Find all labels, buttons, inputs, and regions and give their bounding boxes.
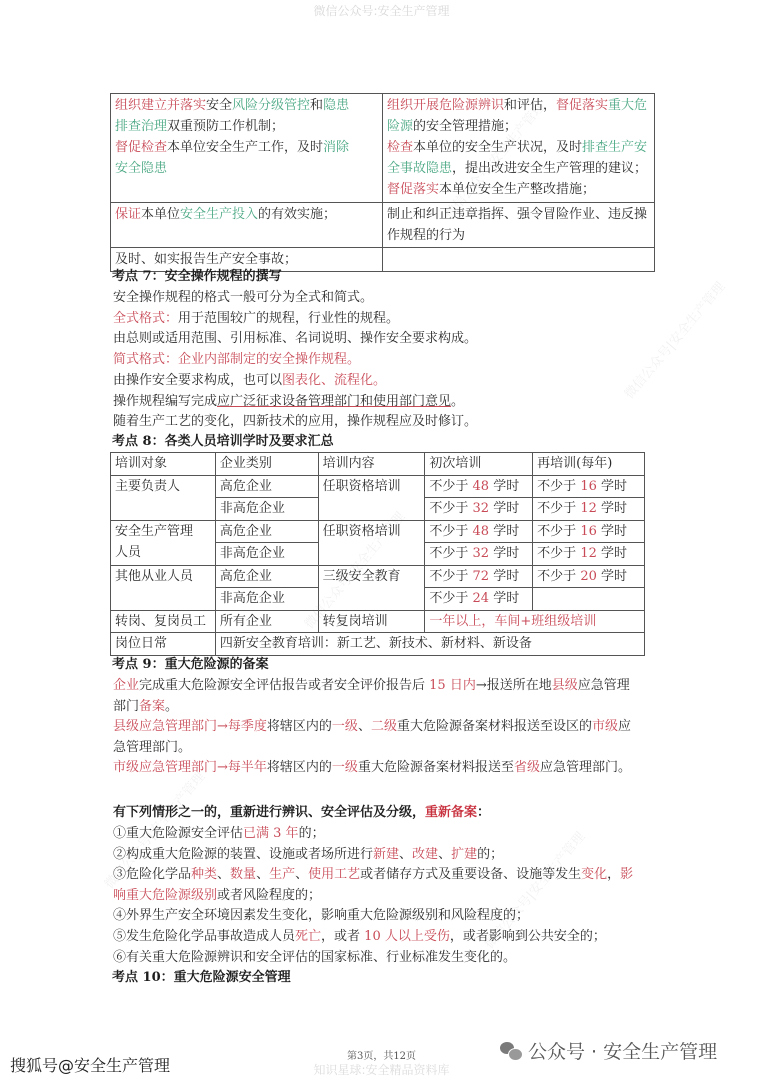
list-item: ⑤发生危险化学品事故造成人员死亡，或者 10 人以上受伤，或者影响到公共安全的； (113, 927, 606, 947)
text-run: 应急管理 (578, 678, 630, 693)
text-line: 随着生产工艺的变化，四新技术的应用，操作规程应及时修订。 (113, 412, 477, 432)
text-run: 县级 (552, 678, 578, 693)
cell-line: 制止和纠正违章指挥、强令冒险作业、违反操 (387, 204, 650, 225)
retrain-hours: 不少于 12 学时 (533, 498, 645, 521)
text-run: 、 (217, 867, 230, 882)
cell-line: 组织建立并落实安全风险分级管控和隐患 (115, 95, 378, 116)
text-run: 使用工艺 (308, 867, 360, 882)
text-run: 风险分级管控 (232, 98, 310, 113)
list-item: ①重大危险源安全评估已满 3 年的； (113, 824, 325, 844)
table-row: 组织建立并落实安全风险分级管控和隐患排查治理双重预防工作机制；督促检查本单位安全… (111, 94, 655, 203)
text-run: 重大危险源备案材料报送至 (358, 760, 514, 775)
text-run: 应 (618, 719, 631, 734)
list-item: ②构成重大危险源的装置、设施或者场所进行新建、改建、扩建的； (113, 845, 503, 865)
retrain-hours (533, 588, 645, 611)
text-run: 影 (620, 867, 633, 882)
hours-value: 48 (473, 479, 490, 494)
text-line: 企业完成重大危险源安全评估报告或者安全评价报告后 15 日内→报送所在地县级应急… (113, 676, 630, 696)
text-run: 新建 (373, 847, 399, 862)
column-header: 初次培训 (425, 453, 533, 476)
text-run: →报送所在地 (476, 678, 552, 693)
table-row: 岗位日常四新安全教育培训：新工艺、新技术、新材料、新设备 (111, 633, 645, 656)
initial-hours: 不少于 32 学时 (425, 498, 533, 521)
text-run: 10 人以上受伤 (364, 929, 450, 944)
text-run: 的； (477, 847, 503, 862)
table-row: 其他从业人员高危企业三级安全教育不少于 72 学时不少于 20 学时 (111, 565, 645, 588)
cell-line: 全事故隐患，提出改进安全生产管理的建议； (387, 158, 650, 179)
duty-table: 组织建立并落实安全风险分级管控和隐患排查治理双重预防工作机制；督促检查本单位安全… (110, 93, 655, 272)
enterprise-type: 高危企业 (215, 565, 318, 588)
cell-line: 保证本单位安全生产投入的有效实施； (115, 204, 378, 225)
text-run: 改建 (412, 847, 438, 862)
cell-line: 作规程的行为 (387, 225, 650, 246)
text-run: 市级应急管理部门→每半年 (113, 760, 267, 775)
table-row: 主要负责人高危企业任职资格培训不少于 48 学时不少于 16 学时 (111, 475, 645, 498)
text-run: 安全 (206, 98, 232, 113)
footer-brand-label: 公众号 · 安全生产管理 (528, 1037, 717, 1064)
text-run: 、 (295, 867, 308, 882)
cell-line: 督促检查本单位安全生产工作，及时消除 (115, 137, 378, 158)
initial-hours: 不少于 48 学时 (425, 475, 533, 498)
duty-cell (383, 248, 655, 272)
text-run: 由总则或适用范围、引用标准、名词说明、操作安全要求构成。 (113, 331, 477, 346)
text-run: 和 (310, 98, 323, 113)
hours-value: 20 (580, 569, 597, 584)
list-item: 响重大危险源级别或者风险程度的； (113, 886, 321, 906)
enterprise-type: 高危企业 (215, 475, 318, 498)
text-run: 、 (358, 719, 371, 734)
hours-value: 32 (473, 501, 490, 516)
daily-content: 四新安全教育培训：新工艺、新技术、新材料、新设备 (215, 633, 644, 656)
text-run: 制止和纠正违章指挥、强令冒险作业、违反操 (387, 207, 647, 222)
text-run: ④外界生产安全环境因素发生变化，影响重大危险源级别和风险程度的； (113, 908, 529, 923)
text-run: 有下列情形之一的，重新进行辨识、安全评估及分级， (113, 805, 425, 820)
cell-line: 安全隐患 (115, 158, 378, 179)
hours-value: 48 (473, 524, 490, 539)
rereg-heading: 有下列情形之一的，重新进行辨识、安全评估及分级，重新备案： (113, 803, 490, 823)
text-run: 督促落实 (556, 98, 608, 113)
hours-value: 24 (473, 591, 490, 606)
text-line: 部门备案。 (113, 697, 178, 717)
list-item: ④外界生产安全环境因素发生变化，影响重大危险源级别和风险程度的； (113, 906, 529, 926)
hours-value: 12 (580, 501, 597, 516)
section-heading: 考点 8：各类人员培训学时及要求汇总 (112, 432, 334, 452)
enterprise-type: 非高危企业 (215, 543, 318, 566)
text-run: 种类 (191, 867, 217, 882)
text-run: 简式格式：企业内部制定的安全操作规程。 (113, 352, 360, 367)
enterprise-type: 非高危企业 (215, 588, 318, 611)
training-target: 其他从业人员 (111, 565, 216, 610)
hours-value: 16 (580, 524, 597, 539)
text-line: 操作规程编写完成应广泛征求设备管理部门和使用部门意见。 (113, 392, 464, 412)
text-run: 15 日内 (429, 678, 476, 693)
training-target: 主要负责人 (111, 475, 216, 520)
text-run: 保证 (115, 207, 141, 222)
text-run: 消除 (323, 140, 349, 155)
text-run: 市级 (592, 719, 618, 734)
text-run: 隐患 (323, 98, 349, 113)
text-run: 全事故隐患 (387, 161, 452, 176)
duty-cell: 保证本单位安全生产投入的有效实施； (111, 203, 383, 248)
duty-cell: 制止和纠正违章指挥、强令冒险作业、违反操作规程的行为 (383, 203, 655, 248)
text-run: 将辖区内的 (267, 719, 332, 734)
wechat-icon (500, 1042, 522, 1060)
list-item: ⑥有关重大危险源辨识和安全评估的国家标准、行业标准发生变化的。 (113, 948, 516, 968)
text-run: 操作规程编写完成 (113, 394, 217, 409)
text-run: 重新备案 (425, 805, 477, 820)
text-run: 和评估， (504, 98, 556, 113)
enterprise-type: 所有企业 (215, 610, 318, 633)
cell-line: 督促落实本单位安全生产整改措施； (387, 179, 650, 200)
initial-hours: 不少于 72 学时 (425, 565, 533, 588)
text-run: 一级 (332, 760, 358, 775)
text-run: 。 (451, 394, 464, 409)
text-line: 县级应急管理部门→每季度将辖区内的一级、二级重大危险源备案材料报送至设区的市级应 (113, 717, 631, 737)
text-run: ⑤发生危险化学品事故造成人员 (113, 929, 295, 944)
enterprise-type: 高危企业 (215, 520, 318, 543)
hours-value: 72 (473, 569, 490, 584)
text-run: 排查治理 (115, 119, 167, 134)
text-run: 将辖区内的 (267, 760, 332, 775)
list-item: ③危险化学品种类、数量、生产、使用工艺或者储存方式及重要设备、设施等发生变化，影 (113, 865, 633, 885)
text-run: 随着生产工艺的变化，四新技术的应用，操作规程应及时修订。 (113, 414, 477, 429)
text-run: 变化 (581, 867, 607, 882)
text-line: 由总则或适用范围、引用标准、名词说明、操作安全要求构成。 (113, 329, 477, 349)
text-run: ②构成重大危险源的装置、设施或者场所进行 (113, 847, 373, 862)
training-target: 转岗、复岗员工 (111, 610, 216, 633)
text-run: 已满 3 年 (243, 826, 299, 841)
initial-hours: 不少于 24 学时 (425, 588, 533, 611)
text-run: 应广泛征求设备管理部门和使用部门意见 (217, 394, 451, 409)
text-run: 完成重大危险源安全评估报告或者安全评价报告后 (139, 678, 429, 693)
text-run: 用于范围较广的规程，行业性的规程。 (178, 311, 399, 326)
text-run: ，或者影响到公共安全的； (450, 929, 606, 944)
text-run: 省级 (514, 760, 540, 775)
text-run: 险源 (387, 119, 413, 134)
text-run: 扩建 (451, 847, 477, 862)
text-run: 、 (399, 847, 412, 862)
hours-value: 16 (580, 479, 597, 494)
text-run: 安全生产投入 (180, 207, 258, 222)
section-heading: 考点 9：重大危险源的备案 (112, 655, 269, 675)
text-run: 。 (165, 699, 178, 714)
column-header: 培训对象 (111, 453, 216, 476)
table-header-row: 培训对象企业类别培训内容初次培训再培训(每年) (111, 453, 645, 476)
text-run: 生产 (269, 867, 295, 882)
column-header: 再培训(每年) (533, 453, 645, 476)
text-run: 数量 (230, 867, 256, 882)
text-run: 本单位的安全生产状况，及时 (413, 140, 582, 155)
table-row: 转岗、复岗员工所有企业转复岗培训一年以上，车间+班组级培训 (111, 610, 645, 633)
text-run: 一级 (332, 719, 358, 734)
text-run: 、 (256, 867, 269, 882)
section-heading: 考点 10：重大危险源安全管理 (112, 968, 291, 988)
retrain-hours: 不少于 16 学时 (533, 520, 645, 543)
hours-value: 32 (473, 546, 490, 561)
text-run: ， (607, 867, 620, 882)
training-table: 培训对象企业类别培训内容初次培训再培训(每年)主要负责人高危企业任职资格培训不少… (110, 452, 645, 656)
cell-line: 险源的安全管理措施； (387, 116, 650, 137)
text-run: 企业 (113, 678, 139, 693)
training-content: 任职资格培训 (318, 475, 425, 520)
text-run: 及时、如实报告生产安全事故； (115, 252, 297, 267)
text-run: 急管理部门。 (113, 740, 191, 755)
text-run: ①重大危险源安全评估 (113, 826, 243, 841)
text-run: 的有效实施； (258, 207, 336, 222)
table-row: 保证本单位安全生产投入的有效实施； 制止和纠正违章指挥、强令冒险作业、违反操作规… (111, 203, 655, 248)
training-target: 岗位日常 (111, 633, 216, 656)
text-run: 本单位 (141, 207, 180, 222)
duty-cell: 组织建立并落实安全风险分级管控和隐患排查治理双重预防工作机制；督促检查本单位安全… (111, 94, 383, 203)
section-heading: 考点 7：安全操作规程的撰写 (112, 267, 282, 287)
text-run: 的安全管理措施； (413, 119, 517, 134)
text-run: 安全操作规程的格式一般可分为全式和简式。 (113, 290, 373, 305)
text-run: ： (477, 805, 490, 820)
text-run: 应急管理部门。 (540, 760, 631, 775)
top-watermark: 微信公众号:安全生产管理 (0, 2, 763, 19)
text-run: 由操作安全要求构成，也可以 (113, 373, 282, 388)
initial-hours: 不少于 48 学时 (425, 520, 533, 543)
transfer-note: 一年以上，车间+班组级培训 (425, 610, 645, 633)
text-run: 安全隐患 (115, 161, 167, 176)
text-run: ，或者 (321, 929, 364, 944)
training-target: 安全生产管理人员 (111, 520, 216, 565)
text-run: 本单位安全生产工作，及时 (167, 140, 323, 155)
text-run: 县级应急管理部门→每季度 (113, 719, 267, 734)
text-run: 的； (299, 826, 325, 841)
text-line: 安全操作规程的格式一般可分为全式和简式。 (113, 288, 373, 308)
text-run: 检查 (387, 140, 413, 155)
initial-hours: 不少于 32 学时 (425, 543, 533, 566)
text-run: 死亡 (295, 929, 321, 944)
text-run: 排查生产安 (582, 140, 647, 155)
text-run: ，提出改进安全生产管理的建议； (452, 161, 647, 176)
column-header: 企业类别 (215, 453, 318, 476)
cell-line: 排查治理双重预防工作机制； (115, 116, 378, 137)
text-run: 部门 (113, 699, 139, 714)
footer-brand: 公众号 · 安全生产管理 (500, 1037, 717, 1064)
text-line: 简式格式：企业内部制定的安全操作规程。 (113, 350, 360, 370)
training-content: 转复岗培训 (318, 610, 425, 633)
diagonal-watermark: 微信公众号|安全生产管理 (619, 277, 728, 402)
text-run: 重大危 (608, 98, 647, 113)
text-run: 重大危险源备案材料报送至设区的 (397, 719, 592, 734)
text-line: 由操作安全要求构成，也可以图表化、流程化。 (113, 371, 386, 391)
text-run: 或者风险程度的； (217, 888, 321, 903)
duty-cell: 组织开展危险源辨识和评估，督促落实重大危险源的安全管理措施；检查本单位的安全生产… (383, 94, 655, 203)
text-run: 二级 (371, 719, 397, 734)
text-run: 作规程的行为 (387, 228, 465, 243)
retrain-hours: 不少于 16 学时 (533, 475, 645, 498)
retrain-hours: 不少于 20 学时 (533, 565, 645, 588)
text-run: 响重大危险源级别 (113, 888, 217, 903)
enterprise-type: 非高危企业 (215, 498, 318, 521)
text-run: 双重预防工作机制； (167, 119, 284, 134)
text-run: 督促检查 (115, 140, 167, 155)
text-run: ③危险化学品 (113, 867, 191, 882)
text-run: ⑥有关重大危险源辨识和安全评估的国家标准、行业标准发生变化的。 (113, 950, 516, 965)
hours-value: 12 (580, 546, 597, 561)
text-run: 、 (438, 847, 451, 862)
text-run: 或者储存方式及重要设备、设施等发生 (360, 867, 581, 882)
text-run: 组织建立并落实 (115, 98, 206, 113)
text-run: 组织开展危险源辨识 (387, 98, 504, 113)
training-content: 三级安全教育 (318, 565, 425, 610)
text-run: 督促落实 (387, 182, 439, 197)
text-run: 图表化、流程化。 (282, 373, 386, 388)
text-line: 全式格式：用于范围较广的规程，行业性的规程。 (113, 309, 399, 329)
table-row: 安全生产管理人员高危企业任职资格培训不少于 48 学时不少于 16 学时 (111, 520, 645, 543)
cell-line: 检查本单位的安全生产状况，及时排查生产安 (387, 137, 650, 158)
text-run: 备案 (139, 699, 165, 714)
training-content: 任职资格培训 (318, 520, 425, 565)
text-run: 本单位安全生产整改措施； (439, 182, 595, 197)
document-page: 微信公众号:安全生产管理 微信公众号|安全生产管理 微信公众号|安全生产管理 微… (0, 0, 763, 1080)
cell-line: 组织开展危险源辨识和评估，督促落实重大危 (387, 95, 650, 116)
column-header: 培训内容 (318, 453, 425, 476)
text-line: 市级应急管理部门→每半年将辖区内的一级重大危险源备案材料报送至省级应急管理部门。 (113, 758, 631, 778)
text-run: 全式格式： (113, 311, 178, 326)
text-line: 急管理部门。 (113, 738, 191, 758)
retrain-hours: 不少于 12 学时 (533, 543, 645, 566)
